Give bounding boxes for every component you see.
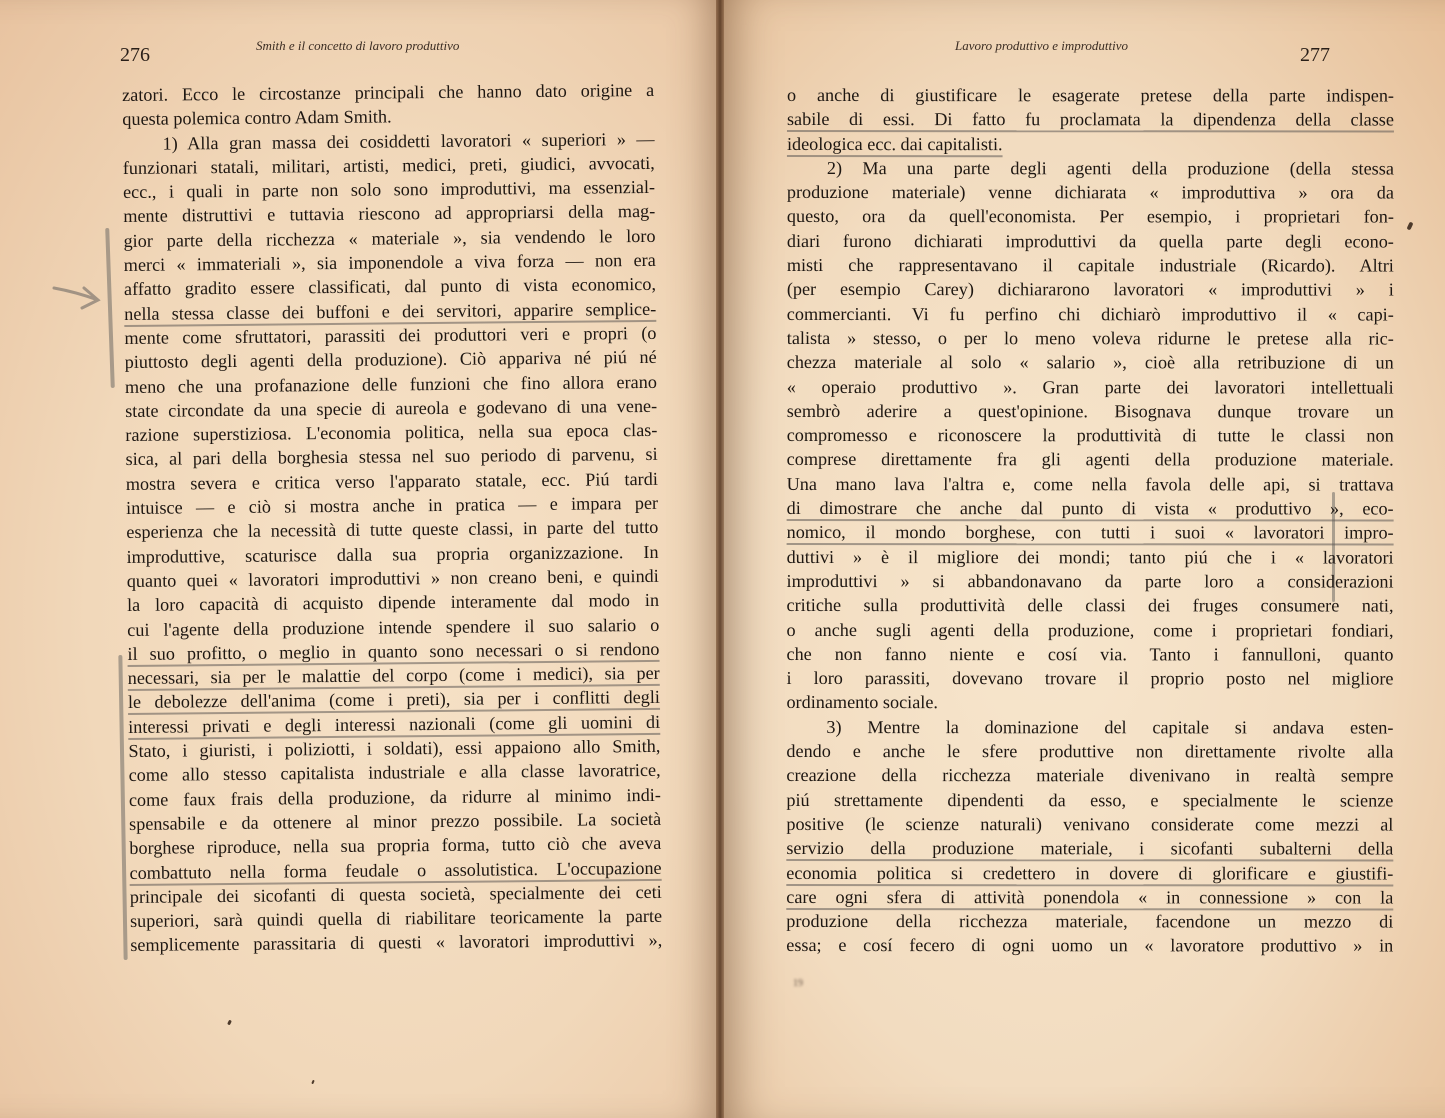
pencil-margin-bar [118,655,127,960]
paper-speck [1406,222,1413,231]
signature-mark: 19 [793,978,803,989]
page-number-right: 277 [1300,44,1330,67]
text-line: duttivi » è il migliore dei mondi; tanto… [787,545,1394,570]
text-line: positive (le scienze naturali) venivano … [786,812,1393,837]
text-line: o anche di giustificare le esagerate pre… [787,83,1394,108]
paper-speck [227,1020,232,1026]
text-line: ordinamento sociale. [786,690,1393,715]
book-gutter [716,0,724,1118]
text-line-underlined: care ogni sfera di attività ponendola « … [786,885,1393,910]
text-line: comprese direttamente fra gli agenti del… [787,447,1394,472]
text-line-underlined: di dimostrare che anche dal punto di vis… [787,496,1394,521]
text-line: che non fanno niente e cosí via. Tanto i… [786,642,1393,667]
right-page-text: o anche di giustificare le esagerate pre… [786,83,1394,958]
text-line: compromesso e riconoscere la produttivit… [787,423,1394,448]
text-line: produzione della ricchezza materiale, fa… [786,909,1393,934]
text-line: diari furono dichiarati improduttivi da … [787,229,1394,254]
text-line-underlined: sabile di essi. Di fatto fu proclamata l… [787,107,1394,132]
paper-speck [311,1080,315,1084]
text-line: critiche sulla produttività delle classi… [787,593,1394,618]
left-page-text: zatori. Ecco le circostanze principali c… [122,78,662,958]
text-line: dendo e anche le sfere produttive non di… [786,739,1393,764]
text-line-underlined: ideologica ecc. dai capitalisti. [787,132,1394,157]
text-line: « operaio produttivo ». Gran parte dei l… [787,375,1394,400]
text-line: sembrò aderire a quest'opinione. Bisogna… [787,399,1394,424]
book-spread: 276 Smith e il concetto di lavoro produt… [0,0,1445,1118]
text-line: questo, ora da quell'economista. Per ese… [787,204,1394,229]
text-line: 2) Ma una parte degli agenti della produ… [787,156,1394,181]
running-head-right: Lavoro produttivo e improduttivo [955,38,1128,54]
text-line: produzione materiale) venne dichiarata «… [787,180,1394,205]
text-line-underlined: economia politica si credettero in dover… [786,860,1393,885]
left-page: 276 Smith e il concetto di lavoro produt… [0,0,720,1118]
text-line: essa; e cosí fecero di ogni uomo un « la… [786,933,1393,958]
text-line: creazione della ricchezza materiale dive… [786,763,1393,788]
right-page: Lavoro produttivo e improduttivo 277 o a… [720,0,1445,1118]
text-line: commercianti. Vi fu perfino chi dichiarò… [787,302,1394,327]
text-line: improduttivi » si abbandonavano da parte… [787,569,1394,594]
page-number-left: 276 [120,44,150,67]
text-line: misti che rappresentavano il capitale in… [787,253,1394,278]
pencil-arrow-icon [52,282,104,312]
text-line: i loro parassiti, dovevano trovare il pr… [786,666,1393,691]
text-line: o anche sugli agenti della produzione, c… [787,618,1394,643]
text-line: piú strettamente dipendenti da esso, e s… [786,788,1393,813]
text-line: 3) Mentre la dominazione del capitale si… [786,715,1393,740]
text-line: semplicemente parassitaria di questi « l… [130,928,662,957]
text-line: Una mano lava l'altra e, come nella favo… [787,472,1394,497]
text-line: (per esempio Carey) dichiararono lavorat… [787,277,1394,302]
running-head-left: Smith e il concetto di lavoro produttivo [256,38,459,54]
pencil-margin-bar [105,228,115,388]
text-line-underlined: servizio della produzione materiale, i s… [786,836,1393,861]
text-line: chezza materiale al solo « salario », ci… [787,350,1394,375]
text-line: talista » stesso, o per lo meno voleva r… [787,326,1394,351]
text-line-underlined: nomico, il mondo borghese, con tutti i s… [787,520,1394,545]
